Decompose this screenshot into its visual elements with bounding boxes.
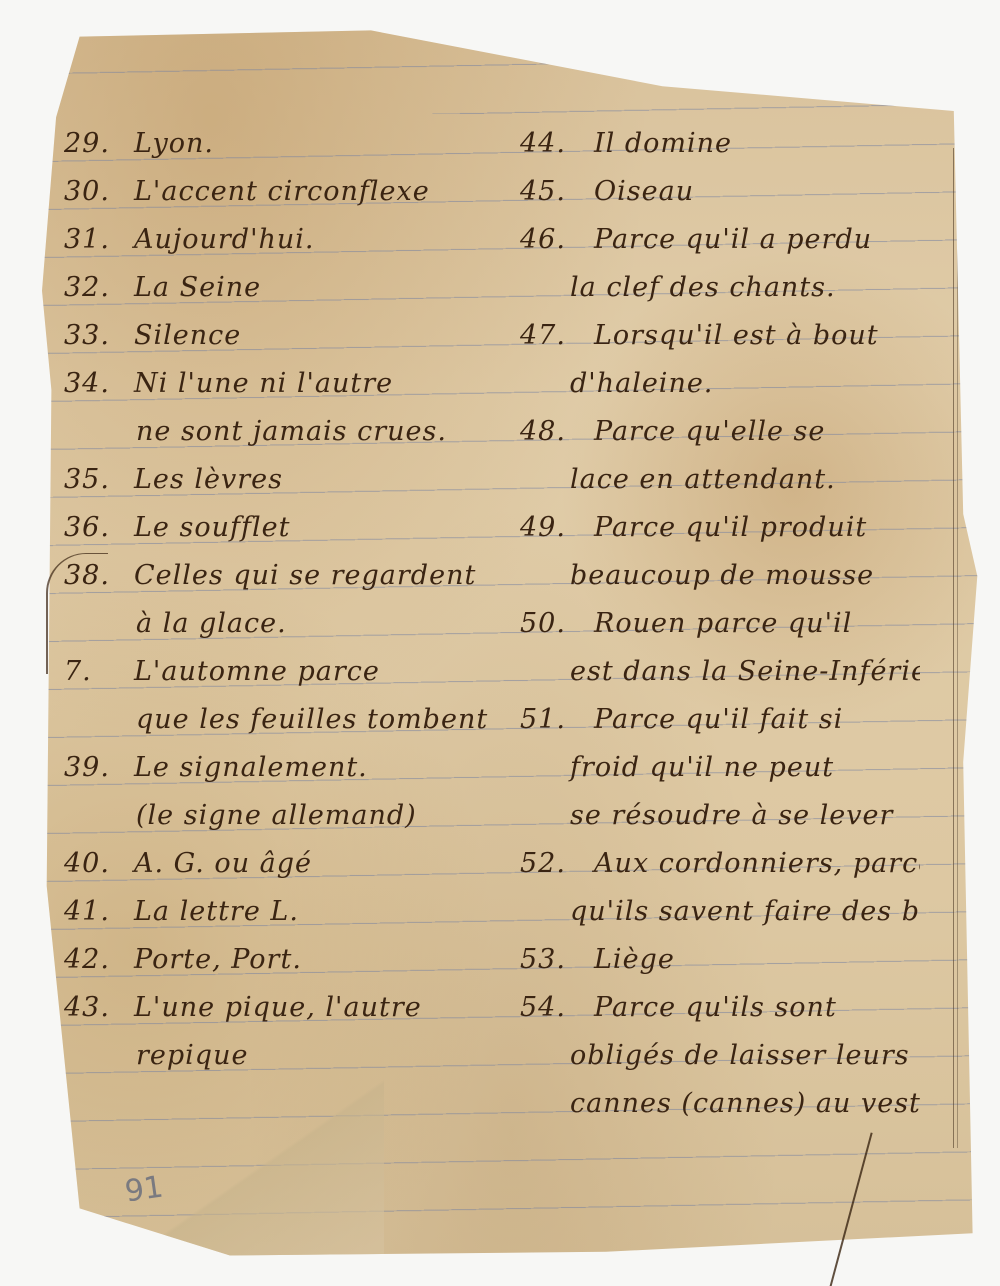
answer-number: 47. xyxy=(520,312,594,360)
answer-text: est dans la Seine-Inférieure xyxy=(570,656,920,687)
answer-line: 32.La Seine xyxy=(64,264,504,312)
answer-line: 48.Parce qu'elle se xyxy=(520,408,920,456)
answer-line: 45.Oiseau xyxy=(520,168,920,216)
answer-line: se résoudre à se lever xyxy=(520,792,920,840)
answer-text: lace en attendant. xyxy=(570,464,836,495)
answer-text: Parce qu'il a perdu xyxy=(594,224,872,255)
answer-text: Parce qu'il produit xyxy=(594,512,867,543)
answer-number: 44. xyxy=(520,120,594,168)
answer-line: d'haleine. xyxy=(520,360,920,408)
answer-line: 31.Aujourd'hui. xyxy=(64,216,504,264)
answer-line: 29.Lyon. xyxy=(64,120,504,168)
answer-text: Lorsqu'il est à bout xyxy=(594,320,879,351)
answer-number: 49. xyxy=(520,504,594,552)
answer-text: Aux cordonniers, parce xyxy=(594,848,920,879)
answer-number: 52. xyxy=(520,840,594,888)
answer-text: L'une pique, l'autre xyxy=(134,992,422,1023)
answer-line: 47.Lorsqu'il est à bout xyxy=(520,312,920,360)
answer-line: 49.Parce qu'il produit xyxy=(520,504,920,552)
answer-text: Parce qu'elle se xyxy=(594,416,825,447)
answer-line: 42.Porte, Port. xyxy=(64,936,504,984)
answer-number: 42. xyxy=(64,936,134,984)
answer-number: 50. xyxy=(520,600,594,648)
answer-text: ne sont jamais crues. xyxy=(136,416,447,447)
answer-number: 38. xyxy=(64,552,134,600)
answer-number: 7. xyxy=(64,648,134,696)
answer-line: 38.Celles qui se regardent xyxy=(64,552,504,600)
answer-text: (le signe allemand) xyxy=(136,800,417,831)
answer-text: repique xyxy=(136,1040,248,1071)
answer-line: repique xyxy=(64,1032,504,1080)
answer-text: Porte, Port. xyxy=(134,944,302,975)
answer-number: 54. xyxy=(520,984,594,1032)
answer-line: 53.Liège xyxy=(520,936,920,984)
answer-line: (le signe allemand) xyxy=(64,792,504,840)
answer-line: qu'ils savent faire des b… xyxy=(520,888,920,936)
answer-text: la clef des chants. xyxy=(570,272,836,303)
answer-number: 39. xyxy=(64,744,134,792)
answer-line: 43.L'une pique, l'autre xyxy=(64,984,504,1032)
answer-text: Ni l'une ni l'autre xyxy=(134,368,393,399)
answer-text: L'automne parce xyxy=(134,656,380,687)
answer-text: Le soufflet xyxy=(134,512,290,543)
answer-text: Oiseau xyxy=(594,176,694,207)
answer-number: 46. xyxy=(520,216,594,264)
answer-number: 35. xyxy=(64,456,134,504)
answer-number: 33. xyxy=(64,312,134,360)
answer-line: obligés de laisser leurs xyxy=(520,1032,920,1080)
answer-line: 51.Parce qu'il fait si xyxy=(520,696,920,744)
answer-text: que les feuilles tombent xyxy=(136,704,488,735)
answer-text: La Seine xyxy=(134,272,261,303)
answer-number: 48. xyxy=(520,408,594,456)
left-column: 29.Lyon.30.L'accent circonflexe31.Aujour… xyxy=(64,120,504,1080)
answer-line: à la glace. xyxy=(64,600,504,648)
answer-text: froid qu'il ne peut xyxy=(570,752,834,783)
answer-text: A. G. ou âgé xyxy=(134,848,312,879)
archive-number: 91 xyxy=(123,1170,166,1210)
answer-line: 40.A. G. ou âgé xyxy=(64,840,504,888)
answer-line: ne sont jamais crues. xyxy=(64,408,504,456)
answer-line: 35.Les lèvres xyxy=(64,456,504,504)
answer-line: 50.Rouen parce qu'il xyxy=(520,600,920,648)
answer-number: 51. xyxy=(520,696,594,744)
answer-number: 45. xyxy=(520,168,594,216)
answer-number: 34. xyxy=(64,360,134,408)
answer-text: se résoudre à se lever xyxy=(570,800,893,831)
answer-line: est dans la Seine-Inférieure xyxy=(520,648,920,696)
answer-line: la clef des chants. xyxy=(520,264,920,312)
answer-line: 36.Le soufflet xyxy=(64,504,504,552)
answer-line: 34.Ni l'une ni l'autre xyxy=(64,360,504,408)
answer-line: 52.Aux cordonniers, parce xyxy=(520,840,920,888)
answer-line: 54.Parce qu'ils sont xyxy=(520,984,920,1032)
answer-text: beaucoup de mousse xyxy=(570,560,874,591)
answer-text: La lettre L. xyxy=(134,896,299,927)
answer-text: Les lèvres xyxy=(134,464,283,495)
answer-line: beaucoup de mousse xyxy=(520,552,920,600)
folded-corner xyxy=(84,1058,384,1268)
answer-text: Lyon. xyxy=(134,128,214,159)
answer-text: obligés de laisser leurs xyxy=(570,1040,910,1071)
answer-text: Rouen parce qu'il xyxy=(594,608,852,639)
answer-text: qu'ils savent faire des b… xyxy=(570,896,920,927)
answer-number: 30. xyxy=(64,168,134,216)
answer-line: cannes (cannes) au vest… xyxy=(520,1080,920,1128)
answer-number: 41. xyxy=(64,888,134,936)
answer-number: 36. xyxy=(64,504,134,552)
answer-text: Aujourd'hui. xyxy=(134,224,315,255)
answer-number: 32. xyxy=(64,264,134,312)
answer-text: L'accent circonflexe xyxy=(134,176,430,207)
answer-text: Parce qu'il fait si xyxy=(594,704,843,735)
answer-text: Silence xyxy=(134,320,241,351)
answer-text: cannes (cannes) au vest… xyxy=(570,1088,920,1119)
answer-line: 41.La lettre L. xyxy=(64,888,504,936)
answer-text: Parce qu'ils sont xyxy=(594,992,837,1023)
torn-right-edge xyxy=(953,148,958,1148)
answer-number: 53. xyxy=(520,936,594,984)
answer-number: 31. xyxy=(64,216,134,264)
answer-text: à la glace. xyxy=(136,608,287,639)
answer-line: 30.L'accent circonflexe xyxy=(64,168,504,216)
answer-text: Il domine xyxy=(594,128,732,159)
answer-line: froid qu'il ne peut xyxy=(520,744,920,792)
answer-text: d'haleine. xyxy=(570,368,713,399)
answer-text: Liège xyxy=(594,944,675,975)
answer-line: 46.Parce qu'il a perdu xyxy=(520,216,920,264)
answer-text: Celles qui se regardent xyxy=(134,560,476,591)
answer-line: 7.L'automne parce xyxy=(64,648,504,696)
answer-text: Le signalement. xyxy=(134,752,368,783)
answer-line: 44.Il domine xyxy=(520,120,920,168)
answer-line: 33.Silence xyxy=(64,312,504,360)
answer-line: lace en attendant. xyxy=(520,456,920,504)
answer-line: 39.Le signalement. xyxy=(64,744,504,792)
answer-line: que les feuilles tombent xyxy=(64,696,504,744)
answer-number: 43. xyxy=(64,984,134,1032)
answer-number: 29. xyxy=(64,120,134,168)
answer-number: 40. xyxy=(64,840,134,888)
right-column: 44.Il domine45.Oiseau46.Parce qu'il a pe… xyxy=(520,120,920,1128)
